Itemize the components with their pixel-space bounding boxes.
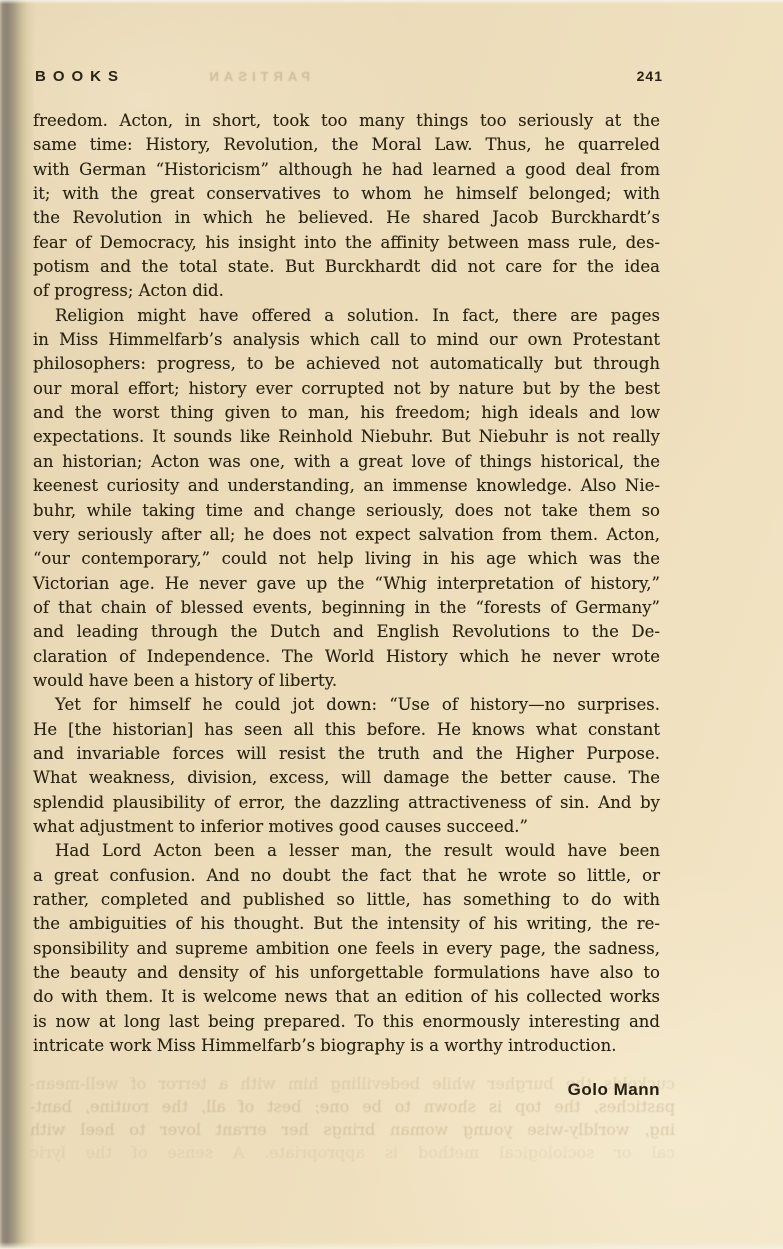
text-line: what adjustment to inferior motives good… <box>33 815 660 839</box>
paragraph: freedom. Acton, in short, took too many … <box>33 109 660 304</box>
text-line: would have been a history of liberty. <box>33 669 660 693</box>
text-line: the Revolution in which he believed. He … <box>33 206 660 230</box>
text-line: and the worst thing given to man, his fr… <box>33 401 660 425</box>
text-line: it; with the great conservatives to whom… <box>33 182 660 206</box>
text-line: potism and the total state. But Burckhar… <box>33 255 660 279</box>
running-header: BOOKS 241 <box>35 68 663 88</box>
author-signature: Golo Mann <box>33 1080 660 1100</box>
text-line: splendid plausibility of error, the dazz… <box>33 791 660 815</box>
paragraph: Religion might have offered a solution. … <box>33 304 660 694</box>
text-line: Had Lord Acton been a lesser man, the re… <box>33 839 660 863</box>
text-line: and invariable forces will resist the tr… <box>33 742 660 766</box>
bleedthrough-text: ing, worldly-wise young woman brings her… <box>30 1118 675 1141</box>
text-line: very seriously after all; he does not ex… <box>33 523 660 547</box>
text-line: claration of Independence. The World His… <box>33 645 660 669</box>
text-line: our moral effort; history ever corrupted… <box>33 377 660 401</box>
text-line: do with them. It is welcome news that an… <box>33 985 660 1009</box>
page-number: 241 <box>637 68 663 84</box>
page-bottom-edge <box>0 1242 783 1249</box>
paragraph: Had Lord Acton been a lesser man, the re… <box>33 839 660 1058</box>
text-line: freedom. Acton, in short, took too many … <box>33 109 660 133</box>
text-line: “our contemporary,” could not help livin… <box>33 547 660 571</box>
text-line: buhr, while taking time and change serio… <box>33 499 660 523</box>
text-line: Victorian age. He never gave up the “Whi… <box>33 572 660 596</box>
text-line: philosophers: progress, to be achieved n… <box>33 352 660 376</box>
text-line: sponsibility and supreme ambition one fe… <box>33 937 660 961</box>
page-gutter-shadow <box>0 0 36 1249</box>
paragraph: Yet for himself he could jot down: “Use … <box>33 693 660 839</box>
text-line: intricate work Miss Himmelfarb’s biograp… <box>33 1034 660 1058</box>
text-line: in Miss Himmelfarb’s analysis which call… <box>33 328 660 352</box>
text-line: an historian; Acton was one, with a grea… <box>33 450 660 474</box>
text-line: fear of Democracy, his insight into the … <box>33 231 660 255</box>
text-line: expectations. It sounds like Reinhold Ni… <box>33 425 660 449</box>
text-line: the beauty and density of his unforgetta… <box>33 961 660 985</box>
text-line: Yet for himself he could jot down: “Use … <box>33 693 660 717</box>
text-line: the ambiguities of his thought. But the … <box>33 912 660 936</box>
text-column: freedom. Acton, in short, took too many … <box>33 109 660 1058</box>
text-line: with German “Historicism” although he ha… <box>33 158 660 182</box>
text-line: same time: History, Revolution, the Mora… <box>33 133 660 157</box>
text-line: is now at long last being prepared. To t… <box>33 1010 660 1034</box>
text-line: keenest curiosity and understanding, an … <box>33 474 660 498</box>
text-line: and leading through the Dutch and Englis… <box>33 620 660 644</box>
text-line: He [the historian] has seen all this bef… <box>33 718 660 742</box>
text-line: Religion might have offered a solution. … <box>33 304 660 328</box>
text-line: What weakness, division, excess, will da… <box>33 766 660 790</box>
bleedthrough-text: cal or sociological method is appropriat… <box>30 1141 675 1164</box>
text-line: of that chain of blessed events, beginni… <box>33 596 660 620</box>
section-title: BOOKS <box>35 68 125 85</box>
text-line: rather, completed and published so littl… <box>33 888 660 912</box>
page-top-edge <box>0 0 783 4</box>
text-line: a great confusion. And no doubt the fact… <box>33 864 660 888</box>
text-line: of progress; Acton did. <box>33 279 660 303</box>
